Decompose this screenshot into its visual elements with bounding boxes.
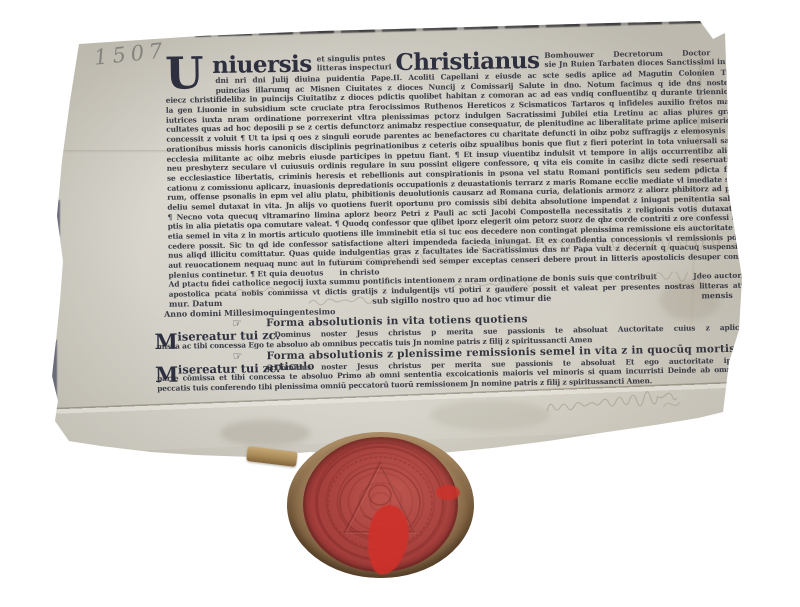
stain	[220, 420, 310, 446]
handwritten-entry-year-suffix	[307, 296, 373, 308]
heading-small-line: sie Jn Ruien Tarbaten dioces Sanctissimi…	[544, 56, 757, 68]
handwritten-entry-place	[217, 286, 305, 298]
heading-word-christianus: Christianus	[395, 50, 539, 73]
drop-cap-initial: U	[165, 52, 204, 97]
wax-drip	[436, 485, 460, 500]
handwritten-entry-month	[588, 271, 706, 284]
text-fragment: in christo	[339, 267, 379, 277]
left-edge-smudge	[55, 200, 60, 236]
handwritten-entry	[333, 253, 453, 266]
misereatur-lead: isereatur tui zc.	[177, 330, 279, 343]
handwritten-entry-day	[452, 279, 544, 291]
printed-text-block: U niuersis et singulis pntes litteras in…	[152, 46, 763, 393]
blank-space-for-name	[323, 268, 339, 278]
photo-of-indulgence-document: 1507 U niuersis et singulis pntes litter…	[0, 0, 800, 607]
heading-small-stack-right: Bomhouwer Decretorum Doctor Rector parro…	[544, 47, 757, 68]
heading-small-stack-left: et singulis pntes litteras inspecturi	[317, 53, 392, 72]
drop-cap-m: M	[154, 331, 178, 352]
stain	[430, 400, 550, 430]
heading-small-line: litteras inspecturi	[317, 62, 392, 72]
misereatur-lead: isereatur tui zc.	[178, 363, 280, 376]
text-fragment: mensis	[701, 291, 733, 301]
heading-word-universis: niuersis	[212, 53, 312, 76]
drop-cap-m: M	[155, 363, 179, 384]
left-edge-smudge	[52, 340, 57, 410]
